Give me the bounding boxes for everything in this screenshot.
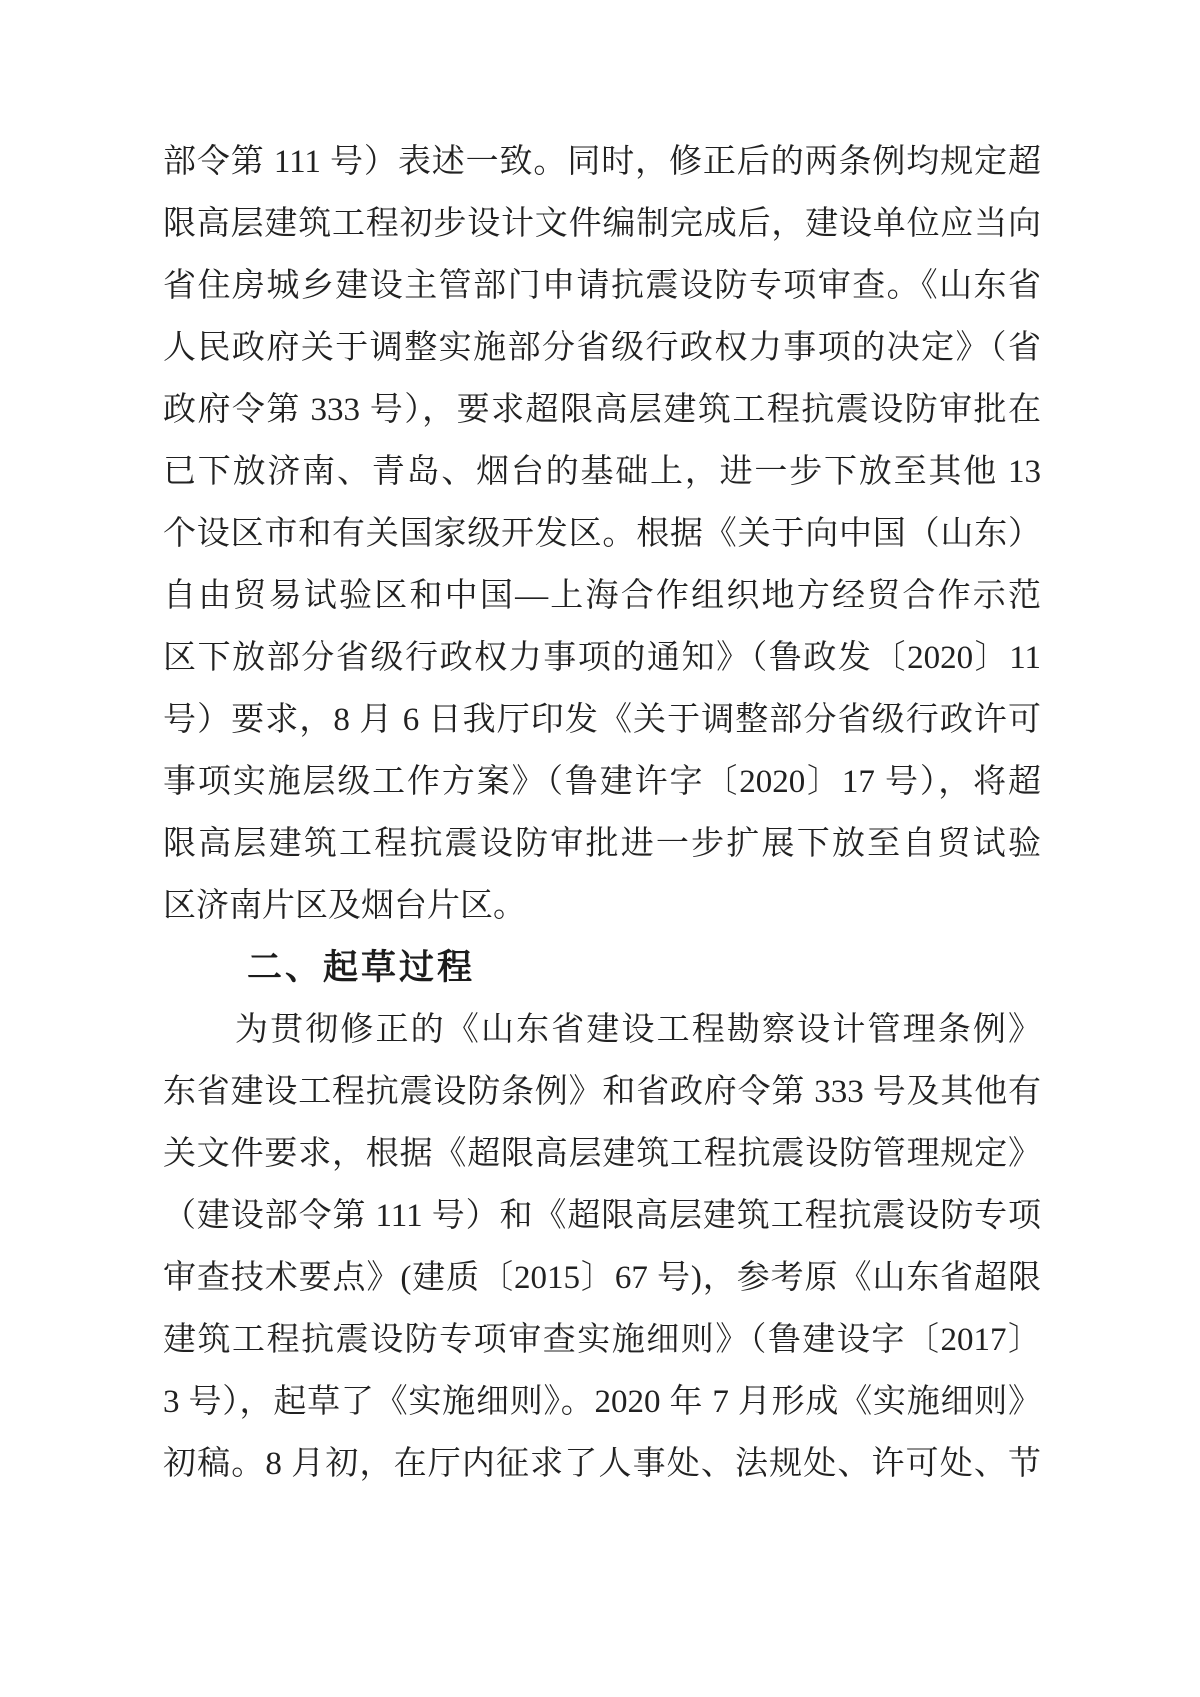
text-line: （建设部令第 111 号）和《超限高层建筑工程抗震设防专项 xyxy=(163,1185,1041,1247)
document-page: 部令第 111 号）表述一致。同时，修正后的两条例均规定超 限高层建筑工程初步设… xyxy=(0,0,1200,1697)
text-line: 自由贸易试验区和中国—上海合作组织地方经贸合作示范 xyxy=(163,565,1041,627)
text-line: 个设区市和有关国家级开发区。根据《关于向中国（山东） xyxy=(163,503,1041,565)
text-line: 已下放济南、青岛、烟台的基础上，进一步下放至其他 13 xyxy=(163,441,1041,503)
text-line: 3 号），起草了《实施细则》。2020 年 7 月形成《实施细则》 xyxy=(163,1371,1041,1433)
text-line: 省住房城乡建设主管部门申请抗震设防专项审查。《山东省 xyxy=(163,255,1041,317)
text-line: 审查技术要点》(建质〔2015〕67 号)，参考原《山东省超限 xyxy=(163,1247,1041,1309)
text-line: 部令第 111 号）表述一致。同时，修正后的两条例均规定超 xyxy=(163,131,1041,193)
section-heading: 二、起草过程 xyxy=(163,937,1041,999)
text-line: 建筑工程抗震设防专项审查实施细则》（鲁建设字〔2017〕 xyxy=(163,1309,1041,1371)
text-line: 政府令第 333 号），要求超限高层建筑工程抗震设防审批在 xyxy=(163,379,1041,441)
text-line: 关文件要求，根据《超限高层建筑工程抗震设防管理规定》 xyxy=(163,1123,1041,1185)
text-line: 初稿。8 月初，在厅内征求了人事处、法规处、许可处、节 xyxy=(163,1433,1041,1495)
text-line: 区济南片区及烟台片区。 xyxy=(163,875,1041,937)
text-line: 限高层建筑工程初步设计文件编制完成后，建设单位应当向 xyxy=(163,193,1041,255)
paragraph-2: 为贯彻修正的《山东省建设工程勘察设计管理条例》《山 东省建设工程抗震设防条例》和… xyxy=(163,999,1041,1495)
text-line: 区下放部分省级行政权力事项的通知》（鲁政发〔2020〕11 xyxy=(163,627,1041,689)
text-line: 人民政府关于调整实施部分省级行政权力事项的决定》（省 xyxy=(163,317,1041,379)
text-line: 事项实施层级工作方案》（鲁建许字〔2020〕17 号），将超 xyxy=(163,751,1041,813)
text-line: 东省建设工程抗震设防条例》和省政府令第 333 号及其他有 xyxy=(163,1061,1041,1123)
text-line: 为贯彻修正的《山东省建设工程勘察设计管理条例》《山 xyxy=(163,999,1041,1061)
text-line: 限高层建筑工程抗震设防审批进一步扩展下放至自贸试验 xyxy=(163,813,1041,875)
text-block: 部令第 111 号）表述一致。同时，修正后的两条例均规定超 限高层建筑工程初步设… xyxy=(163,131,1041,1495)
paragraph-1: 部令第 111 号）表述一致。同时，修正后的两条例均规定超 限高层建筑工程初步设… xyxy=(163,131,1041,937)
text-line: 号）要求，8 月 6 日我厅印发《关于调整部分省级行政许可 xyxy=(163,689,1041,751)
